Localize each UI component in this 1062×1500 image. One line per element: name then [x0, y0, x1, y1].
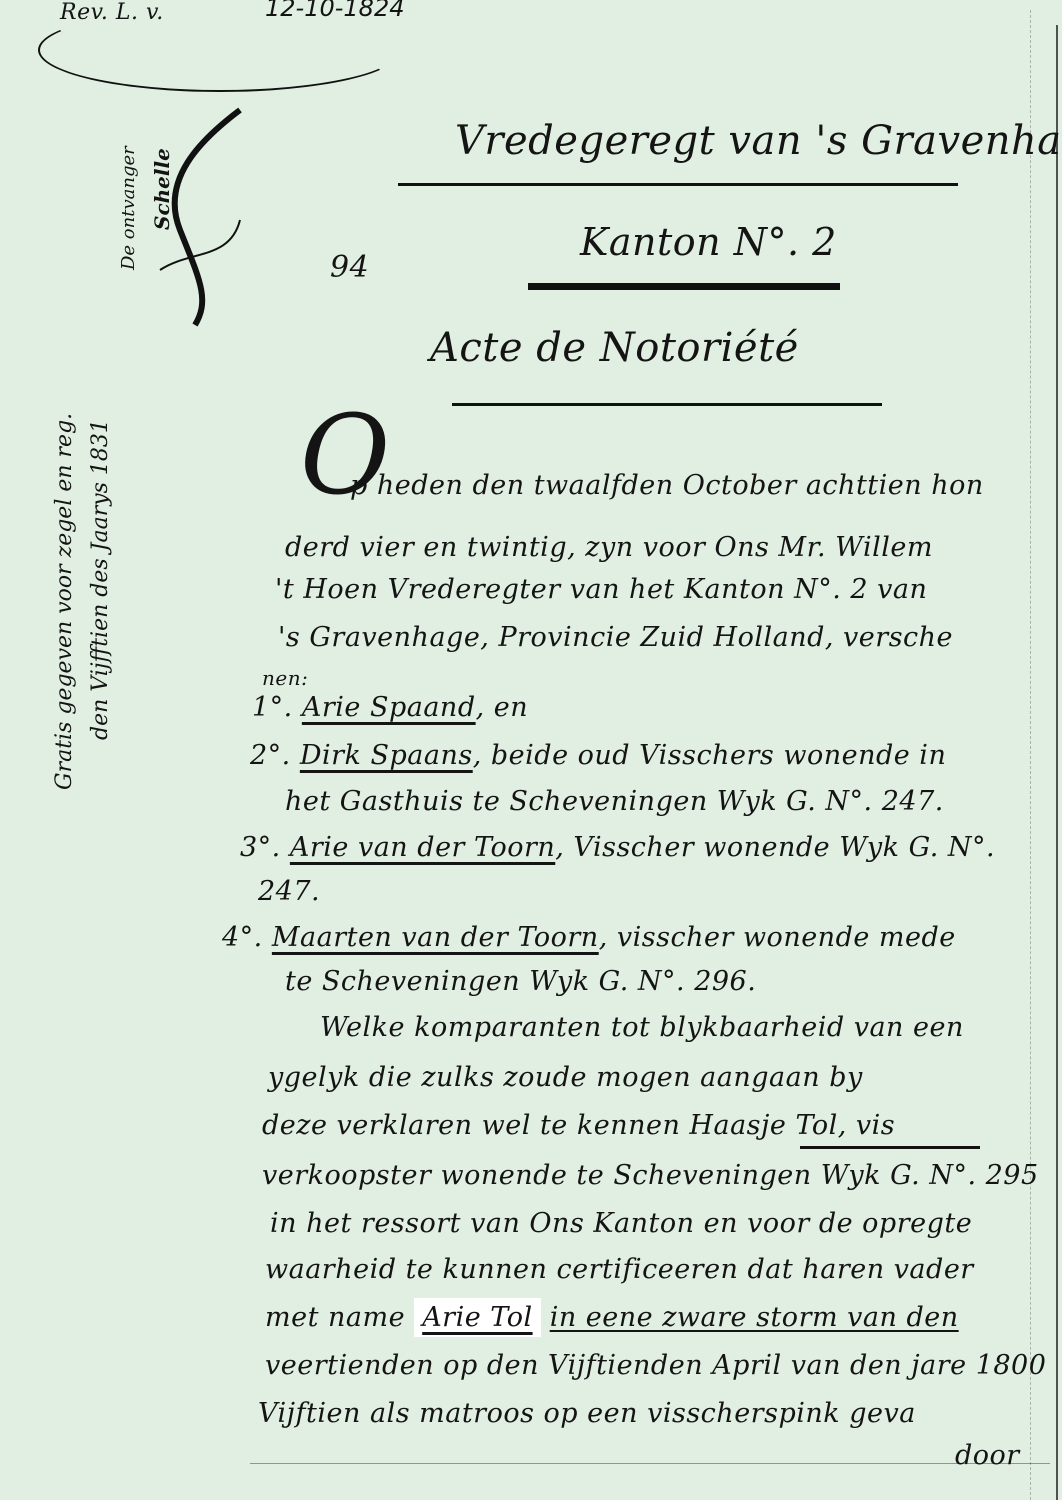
court-title: Vredegeregt van 's Gravenhage: [455, 118, 1062, 164]
appearer-2-address: het Gasthuis te Scheveningen Wyk G. N°. …: [285, 786, 944, 817]
catalog-mark: Rev. L. v.: [60, 0, 164, 25]
appearer-name: Arie Spaand: [302, 692, 476, 723]
catchword: door: [955, 1440, 1020, 1471]
declaration-text: in eene zware storm van den: [550, 1302, 959, 1333]
appearer-1: 1°. Arie Spaand, en: [252, 692, 528, 723]
reference-number: 94: [330, 250, 369, 285]
canton-title: Kanton N°. 2: [580, 220, 837, 264]
declaration-text: deze verklaren wel te kennen Haasje Tol,…: [262, 1110, 895, 1141]
appearer-3-address: 247.: [258, 876, 320, 907]
appearer-detail: , beide oud Visschers wonende in: [473, 740, 947, 771]
appearer-4: 4°. Maarten van der Toorn, visscher wone…: [222, 922, 956, 953]
appearer-number: 4°.: [222, 922, 263, 953]
body-line: deze verklaren wel te kennen Haasje Tol,…: [262, 1110, 895, 1141]
appearer-detail: , Visscher wonende Wyk G. N°.: [555, 832, 995, 863]
margin-note-line-3: De ontvanger: [118, 146, 139, 270]
title-rule-1: [398, 183, 958, 186]
appearer-name: Maarten van der Toorn: [272, 922, 599, 953]
body-line: met name Arie Tol in eene zware storm va…: [265, 1302, 959, 1333]
body-line: veertienden op den Vijftienden April van…: [265, 1350, 1046, 1381]
appearer-number: 2°.: [250, 740, 291, 771]
appearer-number: 3°.: [240, 832, 281, 863]
bottom-edge: [250, 1463, 1050, 1464]
appearer-name: Dirk Spaans: [300, 740, 473, 771]
body-line: derd vier en twintig, zyn voor Ons Mr. W…: [285, 532, 933, 563]
body-line: Welke komparanten tot blykbaarheid van e…: [320, 1012, 964, 1043]
highlighted-name: Arie Tol: [414, 1298, 540, 1337]
body-line: verkoopster wonende te Scheveningen Wyk …: [262, 1160, 1039, 1191]
margin-note-line-1: Gratis gegeven voor zegel en reg.: [52, 413, 77, 790]
appearer-4-address: te Scheveningen Wyk G. N°. 296.: [285, 966, 756, 997]
document-date: 12-10-1824: [265, 0, 404, 22]
title-rule-3: [452, 403, 882, 406]
appearer-name: Arie van der Toorn: [290, 832, 555, 863]
body-line: p heden den twaalfden October achttien h…: [350, 470, 984, 501]
body-line: Vijftien als matroos op een visscherspin…: [258, 1398, 916, 1429]
body-line: in het ressort van Ons Kanton en voor de…: [270, 1208, 972, 1239]
deed-title: Acte de Notoriété: [430, 325, 799, 371]
title-rule-2: [528, 283, 840, 290]
body-line: waarheid te kunnen certificeeren dat har…: [265, 1254, 974, 1285]
body-line: 's Gravenhage, Provincie Zuid Holland, v…: [278, 622, 953, 653]
appearer-3: 3°. Arie van der Toorn, Visscher wonende…: [240, 832, 995, 863]
appearer-2: 2°. Dirk Spaans, beide oud Visschers won…: [250, 740, 946, 771]
appearer-detail: , en: [476, 692, 529, 723]
body-line: 't Hoen Vrederegter van het Kanton N°. 2…: [275, 574, 927, 605]
appearer-detail: , visscher wonende mede: [599, 922, 956, 953]
haasje-tol-underline: [800, 1146, 980, 1149]
page-edge-border: [1056, 25, 1058, 1500]
margin-note-line-2: den Vijfftien des Jaarys 1831: [88, 419, 113, 740]
body-line: ygelyk die zulks zoude mogen aangaan by: [268, 1062, 863, 1093]
body-line: nen:: [262, 666, 308, 690]
signature-flourish-icon: [140, 100, 260, 330]
appearer-number: 1°.: [252, 692, 293, 723]
document-page: Rev. L. v. 12-10-1824 Gratis gegeven voo…: [0, 0, 1062, 1500]
declaration-text: met name: [265, 1302, 405, 1333]
fold-line: [1030, 10, 1031, 1500]
